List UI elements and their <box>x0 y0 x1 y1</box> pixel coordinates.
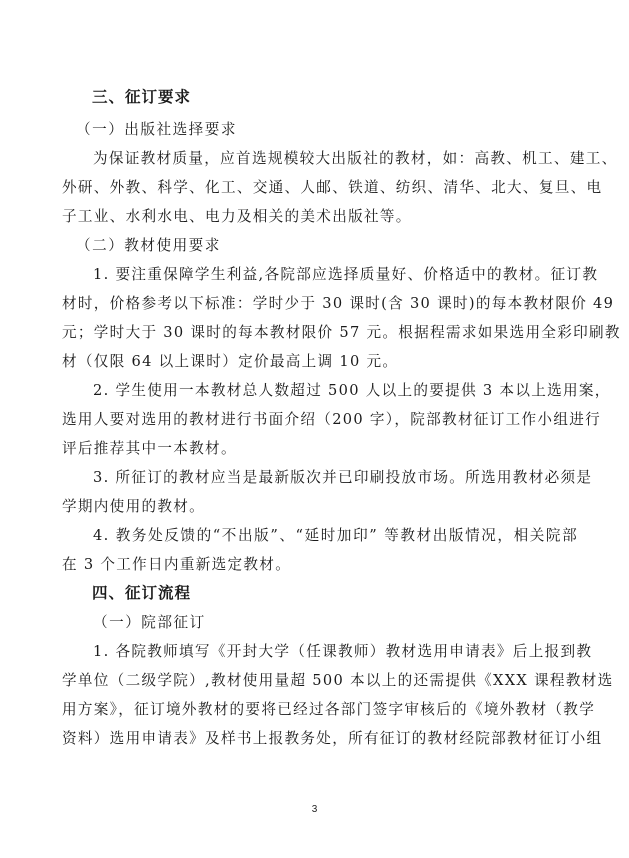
section-heading: 三、征订要求 <box>92 87 578 107</box>
paragraph-line: 材时，价格参考以下标准：学时少于 30 课时(含 30 课时)的每本教材限价 4… <box>62 294 578 314</box>
paragraph-line: 评后推荐其中一本教材。 <box>62 439 578 459</box>
paragraph-line: 外研、外教、科学、化工、交通、人邮、铁道、纺织、清华、北大、复旦、电 <box>62 178 578 198</box>
paragraph-line: 元；学时大于 30 课时的每本教材限价 57 元。根据程需求如果选用全彩印刷教 <box>62 323 578 343</box>
subsection-heading: （一）出版社选择要求 <box>76 120 578 140</box>
paragraph-line: 资料）选用申请表》及样书上报教务处，所有征订的教材经院部教材征订小组 <box>62 729 578 749</box>
paragraph-line: 材（仅限 64 以上课时）定价最高上调 10 元。 <box>62 352 578 372</box>
paragraph-line: 4. 教务处反馈的“不出版”、“延时加印” 等教材出版情况，相关院部 <box>93 526 578 546</box>
paragraph-line: 2. 学生使用一本教材总人数超过 500 人以上的要提供 3 本以上选用案， <box>93 381 578 401</box>
paragraph-line: 子工业、水利水电、电力及相关的美术出版社等。 <box>62 207 578 227</box>
paragraph-line: 学期内使用的教材。 <box>62 497 578 517</box>
subsection-heading: （二）教材使用要求 <box>76 236 578 256</box>
paragraph-line: 1. 要注重保障学生利益,各院部应选择质量好、价格适中的教材。征订教 <box>93 265 578 285</box>
paragraph-line: 1. 各院教师填写《开封大学（任课教师）教材选用申请表》后上报到教 <box>93 642 578 662</box>
document-page: 三、征订要求（一）出版社选择要求为保证教材质量，应首选规模较大出版社的教材，如：… <box>0 0 629 858</box>
paragraph-line: 为保证教材质量，应首选规模较大出版社的教材，如：高教、机工、建工、 <box>93 149 578 169</box>
paragraph-line: 3. 所征订的教材应当是最新版次并已印刷投放市场。所选用教材必须是 <box>93 468 578 488</box>
paragraph-line: 在 3 个工作日内重新选定教材。 <box>62 555 578 575</box>
section-heading: 四、征订流程 <box>92 583 578 603</box>
paragraph-line: 选用人要对选用的教材进行书面介绍（200 字），院部教材征订工作小组进行 <box>62 410 578 430</box>
page-number: 3 <box>0 804 629 815</box>
paragraph-line: 学单位（二级学院）,教材使用量超 500 本以上的还需提供《XXX 课程教材选 <box>62 671 578 691</box>
subsection-heading: （一）院部征订 <box>93 613 578 633</box>
paragraph-line: 用方案》，征订境外教材的要将已经过各部门签字审核后的《境外教材（教学 <box>62 700 578 720</box>
